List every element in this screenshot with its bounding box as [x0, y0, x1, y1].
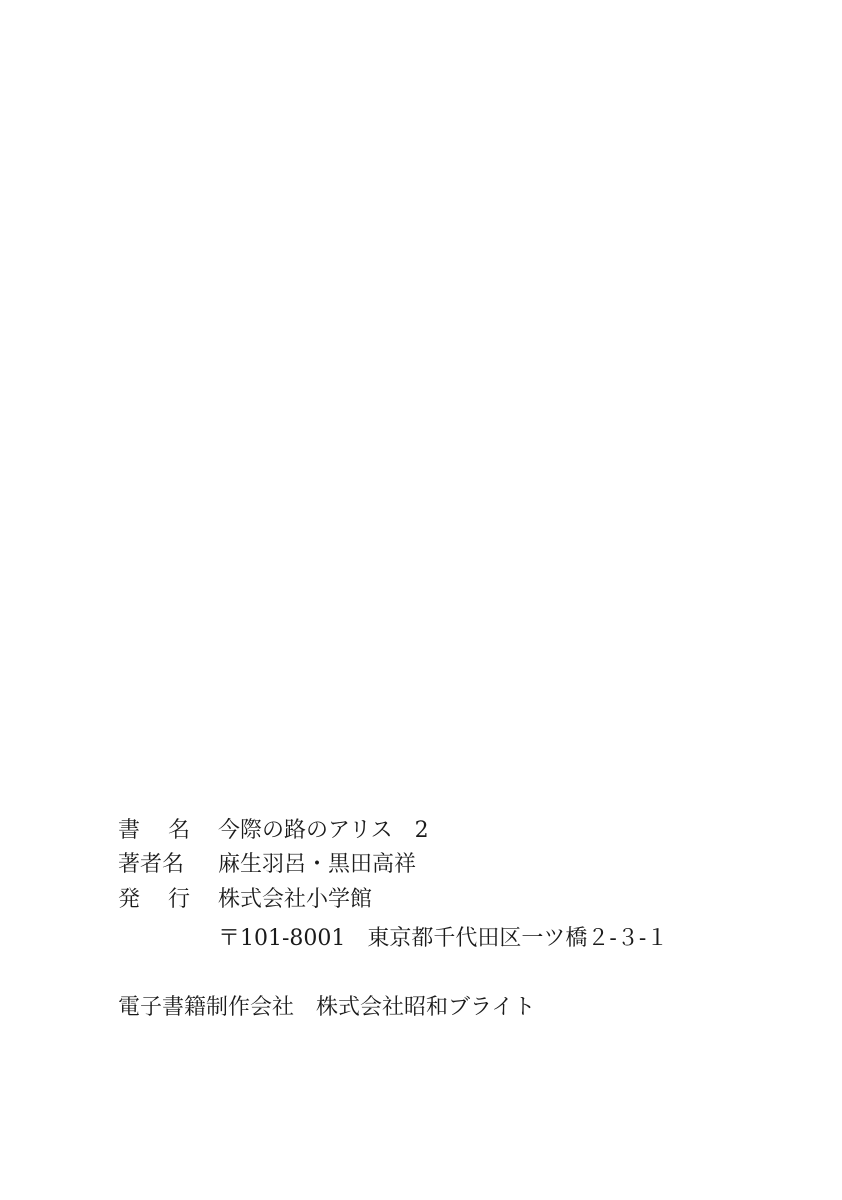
publisher-value: 株式会社小学館 [218, 887, 372, 913]
author-label: 著者名 [118, 852, 184, 878]
ebook-producer-label: 電子書籍制作会社 [118, 995, 294, 1020]
title-label: 書名 [118, 818, 190, 844]
publisher-address: 〒101‐8001 東京都千代田区一ツ橋２‐３‐１ [218, 926, 668, 952]
ebook-producer-row: 電子書籍制作会社株式会社昭和ブライト [118, 995, 535, 1021]
title-value: 今際の路のアリス 2 [218, 818, 429, 844]
ebook-producer-value: 株式会社昭和ブライト [316, 995, 535, 1020]
publisher-label: 発行 [118, 887, 190, 913]
author-value: 麻生羽呂・黒田高祥 [218, 852, 416, 878]
